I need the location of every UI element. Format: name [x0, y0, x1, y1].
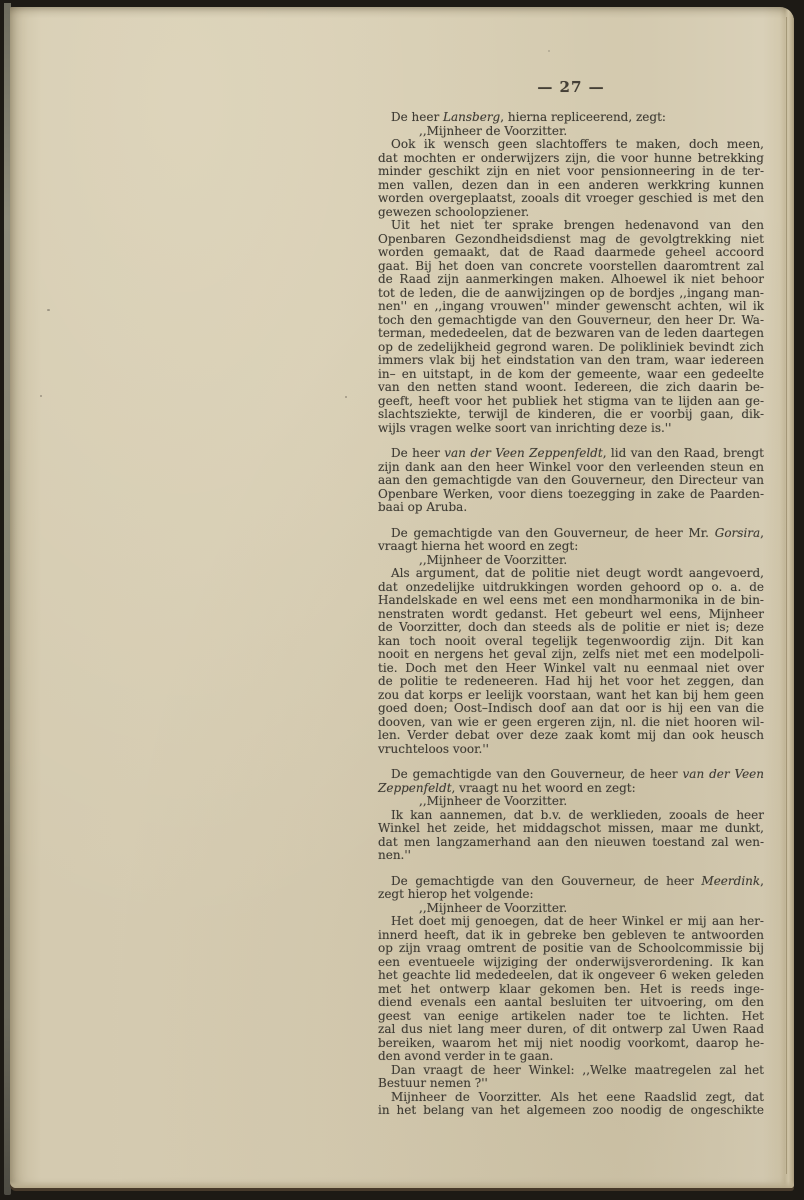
text-line: op zijn vraag omtrent de positie van de … — [378, 942, 764, 956]
text-segment: ,,Mijnheer de Voorzitter. — [419, 553, 567, 567]
text-segment: de Raad zijn aanmerkingen maken. Alhoewe… — [378, 272, 764, 286]
text-line: het geachte lid mededeelen, dat ik ongev… — [378, 969, 764, 983]
text-segment: van den netten stand woont. Iedereen, di… — [378, 380, 764, 394]
text-segment: Bestuur nemen ?'' — [378, 1076, 488, 1090]
text-segment: dat men langzamerhand aan den nieuwen to… — [378, 835, 764, 849]
text-line: Handelskade en wel eens met een mondharm… — [378, 594, 764, 608]
text-line: Mijnheer de Voorzitter. Als het eene Raa… — [378, 1091, 764, 1105]
text-line: ,,Mijnheer de Voorzitter. — [378, 902, 764, 916]
text-line: nen'' en ,,ingang vrouwen'' minder gewen… — [378, 300, 764, 314]
book-page: — 27 — De heer Lansberg, hierna replicee… — [10, 7, 794, 1188]
text-line: met het ontwerp klaar gekomen ben. Het i… — [378, 983, 764, 997]
text-segment: Uit het niet ter sprake brengen hedenavo… — [391, 218, 764, 232]
text-line: zou dat korps er leelijk voorstaan, want… — [378, 689, 764, 703]
text-line: worden overgeplaatst, zooals dit vroeger… — [378, 192, 764, 206]
paragraph: Dan vraagt de heer Winkel: ,,Welke maatr… — [378, 1064, 764, 1091]
text-line: nooit en nergens het geval zijn, zelfs n… — [378, 648, 764, 662]
page-number: — 27 — — [378, 78, 764, 96]
text-segment: zijn dank aan den heer Winkel voor den v… — [378, 460, 764, 474]
text-segment: dooven, van wie er geen ergeren zijn, nl… — [378, 715, 764, 729]
text-segment: de politie te redeneeren. Had hij het vo… — [378, 674, 764, 688]
scan-speck — [40, 395, 42, 397]
text-segment: vruchteloos voor.'' — [378, 742, 489, 756]
text-segment: Mijnheer de Voorzitter. Als het eene Raa… — [391, 1090, 764, 1104]
text-line: Openbaren Gezondheidsdienst mag de gevol… — [378, 233, 764, 247]
text-segment: De heer — [391, 110, 443, 124]
text-segment: geeft, heeft voor het publiek het stigma… — [378, 394, 764, 408]
text-segment: Winkel het zeide, het middagschot missen… — [378, 821, 764, 835]
page-right-edge — [780, 7, 794, 1188]
text-line: worden gemaakt, dat de Raad daarmede geh… — [378, 246, 764, 260]
text-line: Winkel het zeide, het middagschot missen… — [378, 822, 764, 836]
scan-speck — [47, 309, 50, 311]
text-segment: aan den gemachtigde van den Gouverneur, … — [378, 473, 764, 487]
italic-name: Gorsira — [715, 526, 760, 540]
text-line: nenstraten wordt gedanst. Het gebeurt we… — [378, 608, 764, 622]
paragraph: Uit het niet ter sprake brengen hedenavo… — [378, 219, 764, 435]
paragraph: ,,Mijnheer de Voorzitter. — [378, 795, 764, 809]
paragraph: ,,Mijnheer de Voorzitter. — [378, 125, 764, 139]
text-line: vruchteloos voor.'' — [378, 743, 764, 757]
text-segment: worden gemaakt, dat de Raad daarmede geh… — [378, 245, 764, 259]
text-segment: ,,Mijnheer de Voorzitter. — [419, 901, 567, 915]
italic-name: Zeppenfeldt — [378, 781, 452, 795]
text-line: tot de leden, die de aanwijzingen op de … — [378, 287, 764, 301]
text-segment: op de zedelijkheid gegrond waren. De pol… — [378, 340, 764, 354]
paragraph: De heer Lansberg, hierna repliceerend, z… — [378, 111, 764, 125]
text-line: dat men langzamerhand aan den nieuwen to… — [378, 836, 764, 850]
text-line: Uit het niet ter sprake brengen hedenavo… — [378, 219, 764, 233]
scanned-document-view: — 27 — De heer Lansberg, hierna replicee… — [0, 0, 804, 1200]
text-segment: den avond verder in te gaan. — [378, 1049, 553, 1063]
text-segment: Openbaren Gezondheidsdienst mag de gevol… — [378, 232, 764, 246]
paragraph: De heer van der Veen Zeppenfeldt, lid va… — [378, 447, 764, 515]
text-line: De heer van der Veen Zeppenfeldt, lid va… — [378, 447, 764, 461]
italic-name: van der Veen Zeppenfeldt — [444, 446, 602, 460]
text-line: terman, mededeelen, dat de bezwaren van … — [378, 327, 764, 341]
paragraph: Ook ik wensch geen slachtoffers te maken… — [378, 138, 764, 219]
text-line: tie. Doch met den Heer Winkel valt nu ee… — [378, 662, 764, 676]
text-line: zal dus niet lang meer duren, of dit ont… — [378, 1023, 764, 1037]
text-line: slachtsziekte, terwijl de kinderen, die … — [378, 408, 764, 422]
italic-name: van der Veen — [683, 767, 764, 781]
text-segment: tot de leden, die de aanwijzingen op de … — [378, 286, 764, 300]
text-line: Dan vraagt de heer Winkel: ,,Welke maatr… — [378, 1064, 764, 1078]
text-line: Openbare Werken, voor diens toezegging i… — [378, 488, 764, 502]
text-segment: zegt hierop het volgende: — [378, 887, 534, 901]
text-line: Zeppenfeldt, vraagt nu het woord en zegt… — [378, 782, 764, 796]
text-line: De heer Lansberg, hierna repliceerend, z… — [378, 111, 764, 125]
text-segment: Ook ik wensch geen slachtoffers te maken… — [391, 137, 764, 151]
scan-speck — [345, 396, 347, 398]
text-segment: ,,Mijnheer de Voorzitter. — [419, 794, 567, 808]
text-line: Ik kan aannemen, dat b.v. de werklieden,… — [378, 809, 764, 823]
text-line: len. Verder debat over deze zaak komt mi… — [378, 729, 764, 743]
text-line: diend evenals een aantal besluiten ter u… — [378, 996, 764, 1010]
text-segment: worden overgeplaatst, zooals dit vroeger… — [378, 191, 764, 205]
paragraph: De gemachtigde van den Gouverneur, de he… — [378, 527, 764, 554]
text-segment: Ik kan aannemen, dat b.v. de werklieden,… — [391, 808, 764, 822]
text-line: baai op Aruba. — [378, 501, 764, 515]
text-segment: terman, mededeelen, dat de bezwaren van … — [378, 326, 764, 340]
paragraph: Ik kan aannemen, dat b.v. de werklieden,… — [378, 809, 764, 863]
text-line: dat onzedelijke uitdrukkingen worden geh… — [378, 581, 764, 595]
text-line: men vallen, dezen dan in een anderen wer… — [378, 179, 764, 193]
text-segment: De gemachtigde van den Gouverneur, de he… — [391, 767, 683, 781]
text-line: vraagt hierna het woord en zegt: — [378, 540, 764, 554]
text-segment: wijls vragen welke soort van inrichting … — [378, 421, 671, 435]
text-line: zegt hierop het volgende: — [378, 888, 764, 902]
text-segment: nooit en nergens het geval zijn, zelfs n… — [378, 647, 764, 661]
text-segment: op zijn vraag omtrent de positie van de … — [378, 941, 764, 955]
text-line: in– en uitstapt, in de kom der gemeente,… — [378, 368, 764, 382]
text-line: geest van eenige artikelen nader toe te … — [378, 1010, 764, 1024]
text-line: aan den gemachtigde van den Gouverneur, … — [378, 474, 764, 488]
italic-name: Lansberg — [443, 110, 500, 124]
text-segment: , — [760, 874, 764, 888]
scan-speck — [548, 50, 550, 52]
text-line: kan toch nooit overal tegelijk tegenwoor… — [378, 635, 764, 649]
paragraph: Het doet mij genoegen, dat de heer Winke… — [378, 915, 764, 1064]
text-line: den avond verder in te gaan. — [378, 1050, 764, 1064]
text-segment: nenstraten wordt gedanst. Het gebeurt we… — [378, 607, 764, 621]
text-line: goed doen; Oost–Indisch doof aan dat oor… — [378, 702, 764, 716]
text-segment: in– en uitstapt, in de kom der gemeente,… — [378, 367, 764, 381]
text-segment: nen'' en ,,ingang vrouwen'' minder gewen… — [378, 299, 764, 313]
paragraph: Als argument, dat de politie niet deugt … — [378, 567, 764, 756]
text-segment: immers vlak bij het eindstation van den … — [378, 353, 764, 367]
text-segment: het geachte lid mededeelen, dat ik ongev… — [378, 968, 764, 982]
text-line: toch den gemachtigde van den Gouverneur,… — [378, 314, 764, 328]
text-segment: kan toch nooit overal tegelijk tegenwoor… — [378, 634, 764, 648]
text-segment: goed doen; Oost–Indisch doof aan dat oor… — [378, 701, 764, 715]
text-segment: innerd heeft, dat ik in gebreke ben gebl… — [378, 928, 764, 942]
text-line: De gemachtigde van den Gouverneur, de he… — [378, 768, 764, 782]
text-line: ,,Mijnheer de Voorzitter. — [378, 125, 764, 139]
text-segment: in het belang van het algemeen zoo noodi… — [378, 1103, 764, 1117]
text-line: geeft, heeft voor het publiek het stigma… — [378, 395, 764, 409]
text-line: immers vlak bij het eindstation van den … — [378, 354, 764, 368]
text-segment: bereiken, waarom het mij niet noodig voo… — [378, 1036, 764, 1050]
text-line: Ook ik wensch geen slachtoffers te maken… — [378, 138, 764, 152]
text-segment: baai op Aruba. — [378, 500, 467, 514]
text-segment: , hierna repliceerend, zegt: — [500, 110, 666, 124]
text-line: Als argument, dat de politie niet deugt … — [378, 567, 764, 581]
text-segment: tie. Doch met den Heer Winkel valt nu ee… — [378, 661, 764, 675]
text-line: Het doet mij genoegen, dat de heer Winke… — [378, 915, 764, 929]
text-line: De gemachtigde van den Gouverneur, de he… — [378, 875, 764, 889]
text-segment: slachtsziekte, terwijl de kinderen, die … — [378, 407, 764, 421]
page-edge-line — [786, 17, 787, 1174]
text-segment: diend evenals een aantal besluiten ter u… — [378, 995, 764, 1009]
text-line: de Raad zijn aanmerkingen maken. Alhoewe… — [378, 273, 764, 287]
text-segment: met het ontwerp klaar gekomen ben. Het i… — [378, 982, 764, 996]
text-line: de politie te redeneeren. Had hij het vo… — [378, 675, 764, 689]
text-segment: De gemachtigde van den Gouverneur, de he… — [391, 526, 715, 540]
text-segment: minder geschikt zijn en niet voor pensio… — [378, 164, 764, 178]
paragraph: De gemachtigde van den Gouverneur, de he… — [378, 875, 764, 902]
text-line: minder geschikt zijn en niet voor pensio… — [378, 165, 764, 179]
text-segment: Handelskade en wel eens met een mondharm… — [378, 593, 764, 607]
text-column: De heer Lansberg, hierna repliceerend, z… — [378, 111, 764, 1118]
text-segment: dat onzedelijke uitdrukkingen worden geh… — [378, 580, 764, 594]
italic-name: Meerdink — [701, 874, 760, 888]
text-line: een eventueele wijziging der onderwijsve… — [378, 956, 764, 970]
text-segment: len. Verder debat over deze zaak komt mi… — [378, 728, 764, 742]
paragraph: Mijnheer de Voorzitter. Als het eene Raa… — [378, 1091, 764, 1118]
page-bottom-edge — [10, 1181, 794, 1188]
text-segment: , — [760, 526, 764, 540]
text-segment: , lid van den Raad, brengt — [603, 446, 764, 460]
text-line: innerd heeft, dat ik in gebreke ben gebl… — [378, 929, 764, 943]
text-line: ,,Mijnheer de Voorzitter. — [378, 795, 764, 809]
text-segment: zou dat korps er leelijk voorstaan, want… — [378, 688, 764, 702]
paragraph: ,,Mijnheer de Voorzitter. — [378, 554, 764, 568]
text-segment: zal dus niet lang meer duren, of dit ont… — [378, 1022, 764, 1036]
text-segment: gewezen schoolopziener. — [378, 205, 529, 219]
text-line: dat mochten er onderwijzers zijn, die vo… — [378, 152, 764, 166]
text-segment: een eventueele wijziging der onderwijsve… — [378, 955, 764, 969]
text-segment: men vallen, dezen dan in een anderen wer… — [378, 178, 764, 192]
text-segment: gaat. Bij het doen van concrete voorstel… — [378, 259, 764, 273]
text-segment: dat mochten er onderwijzers zijn, die vo… — [378, 151, 764, 165]
text-line: op de zedelijkheid gegrond waren. De pol… — [378, 341, 764, 355]
text-segment: De heer — [391, 446, 444, 460]
paragraph: De gemachtigde van den Gouverneur, de he… — [378, 768, 764, 795]
text-segment: toch den gemachtigde van den Gouverneur,… — [378, 313, 764, 327]
text-line: dooven, van wie er geen ergeren zijn, nl… — [378, 716, 764, 730]
text-line: gewezen schoolopziener. — [378, 206, 764, 220]
text-line: van den netten stand woont. Iedereen, di… — [378, 381, 764, 395]
text-segment: De gemachtigde van den Gouverneur, de he… — [391, 874, 701, 888]
text-line: gaat. Bij het doen van concrete voorstel… — [378, 260, 764, 274]
text-segment: vraagt hierna het woord en zegt: — [378, 539, 578, 553]
text-segment: ,,Mijnheer de Voorzitter. — [419, 124, 567, 138]
text-line: ,,Mijnheer de Voorzitter. — [378, 554, 764, 568]
text-line: wijls vragen welke soort van inrichting … — [378, 422, 764, 436]
text-segment: Openbare Werken, voor diens toezegging i… — [378, 487, 764, 501]
text-segment: de Voorzitter, doch dan steeds als de po… — [378, 620, 764, 634]
text-line: de Voorzitter, doch dan steeds als de po… — [378, 621, 764, 635]
text-segment: Het doet mij genoegen, dat de heer Winke… — [391, 914, 764, 928]
text-line: nen.'' — [378, 849, 764, 863]
text-line: bereiken, waarom het mij niet noodig voo… — [378, 1037, 764, 1051]
text-segment: geest van eenige artikelen nader toe te … — [378, 1009, 764, 1023]
text-line: in het belang van het algemeen zoo noodi… — [378, 1104, 764, 1118]
text-segment: Dan vraagt de heer Winkel: ,,Welke maatr… — [391, 1063, 764, 1077]
text-segment: Als argument, dat de politie niet deugt … — [391, 566, 764, 580]
text-line: De gemachtigde van den Gouverneur, de he… — [378, 527, 764, 541]
paragraph: ,,Mijnheer de Voorzitter. — [378, 902, 764, 916]
text-segment: , vraagt nu het woord en zegt: — [452, 781, 636, 795]
text-line: Bestuur nemen ?'' — [378, 1077, 764, 1091]
text-line: zijn dank aan den heer Winkel voor den v… — [378, 461, 764, 475]
text-segment: nen.'' — [378, 848, 411, 862]
